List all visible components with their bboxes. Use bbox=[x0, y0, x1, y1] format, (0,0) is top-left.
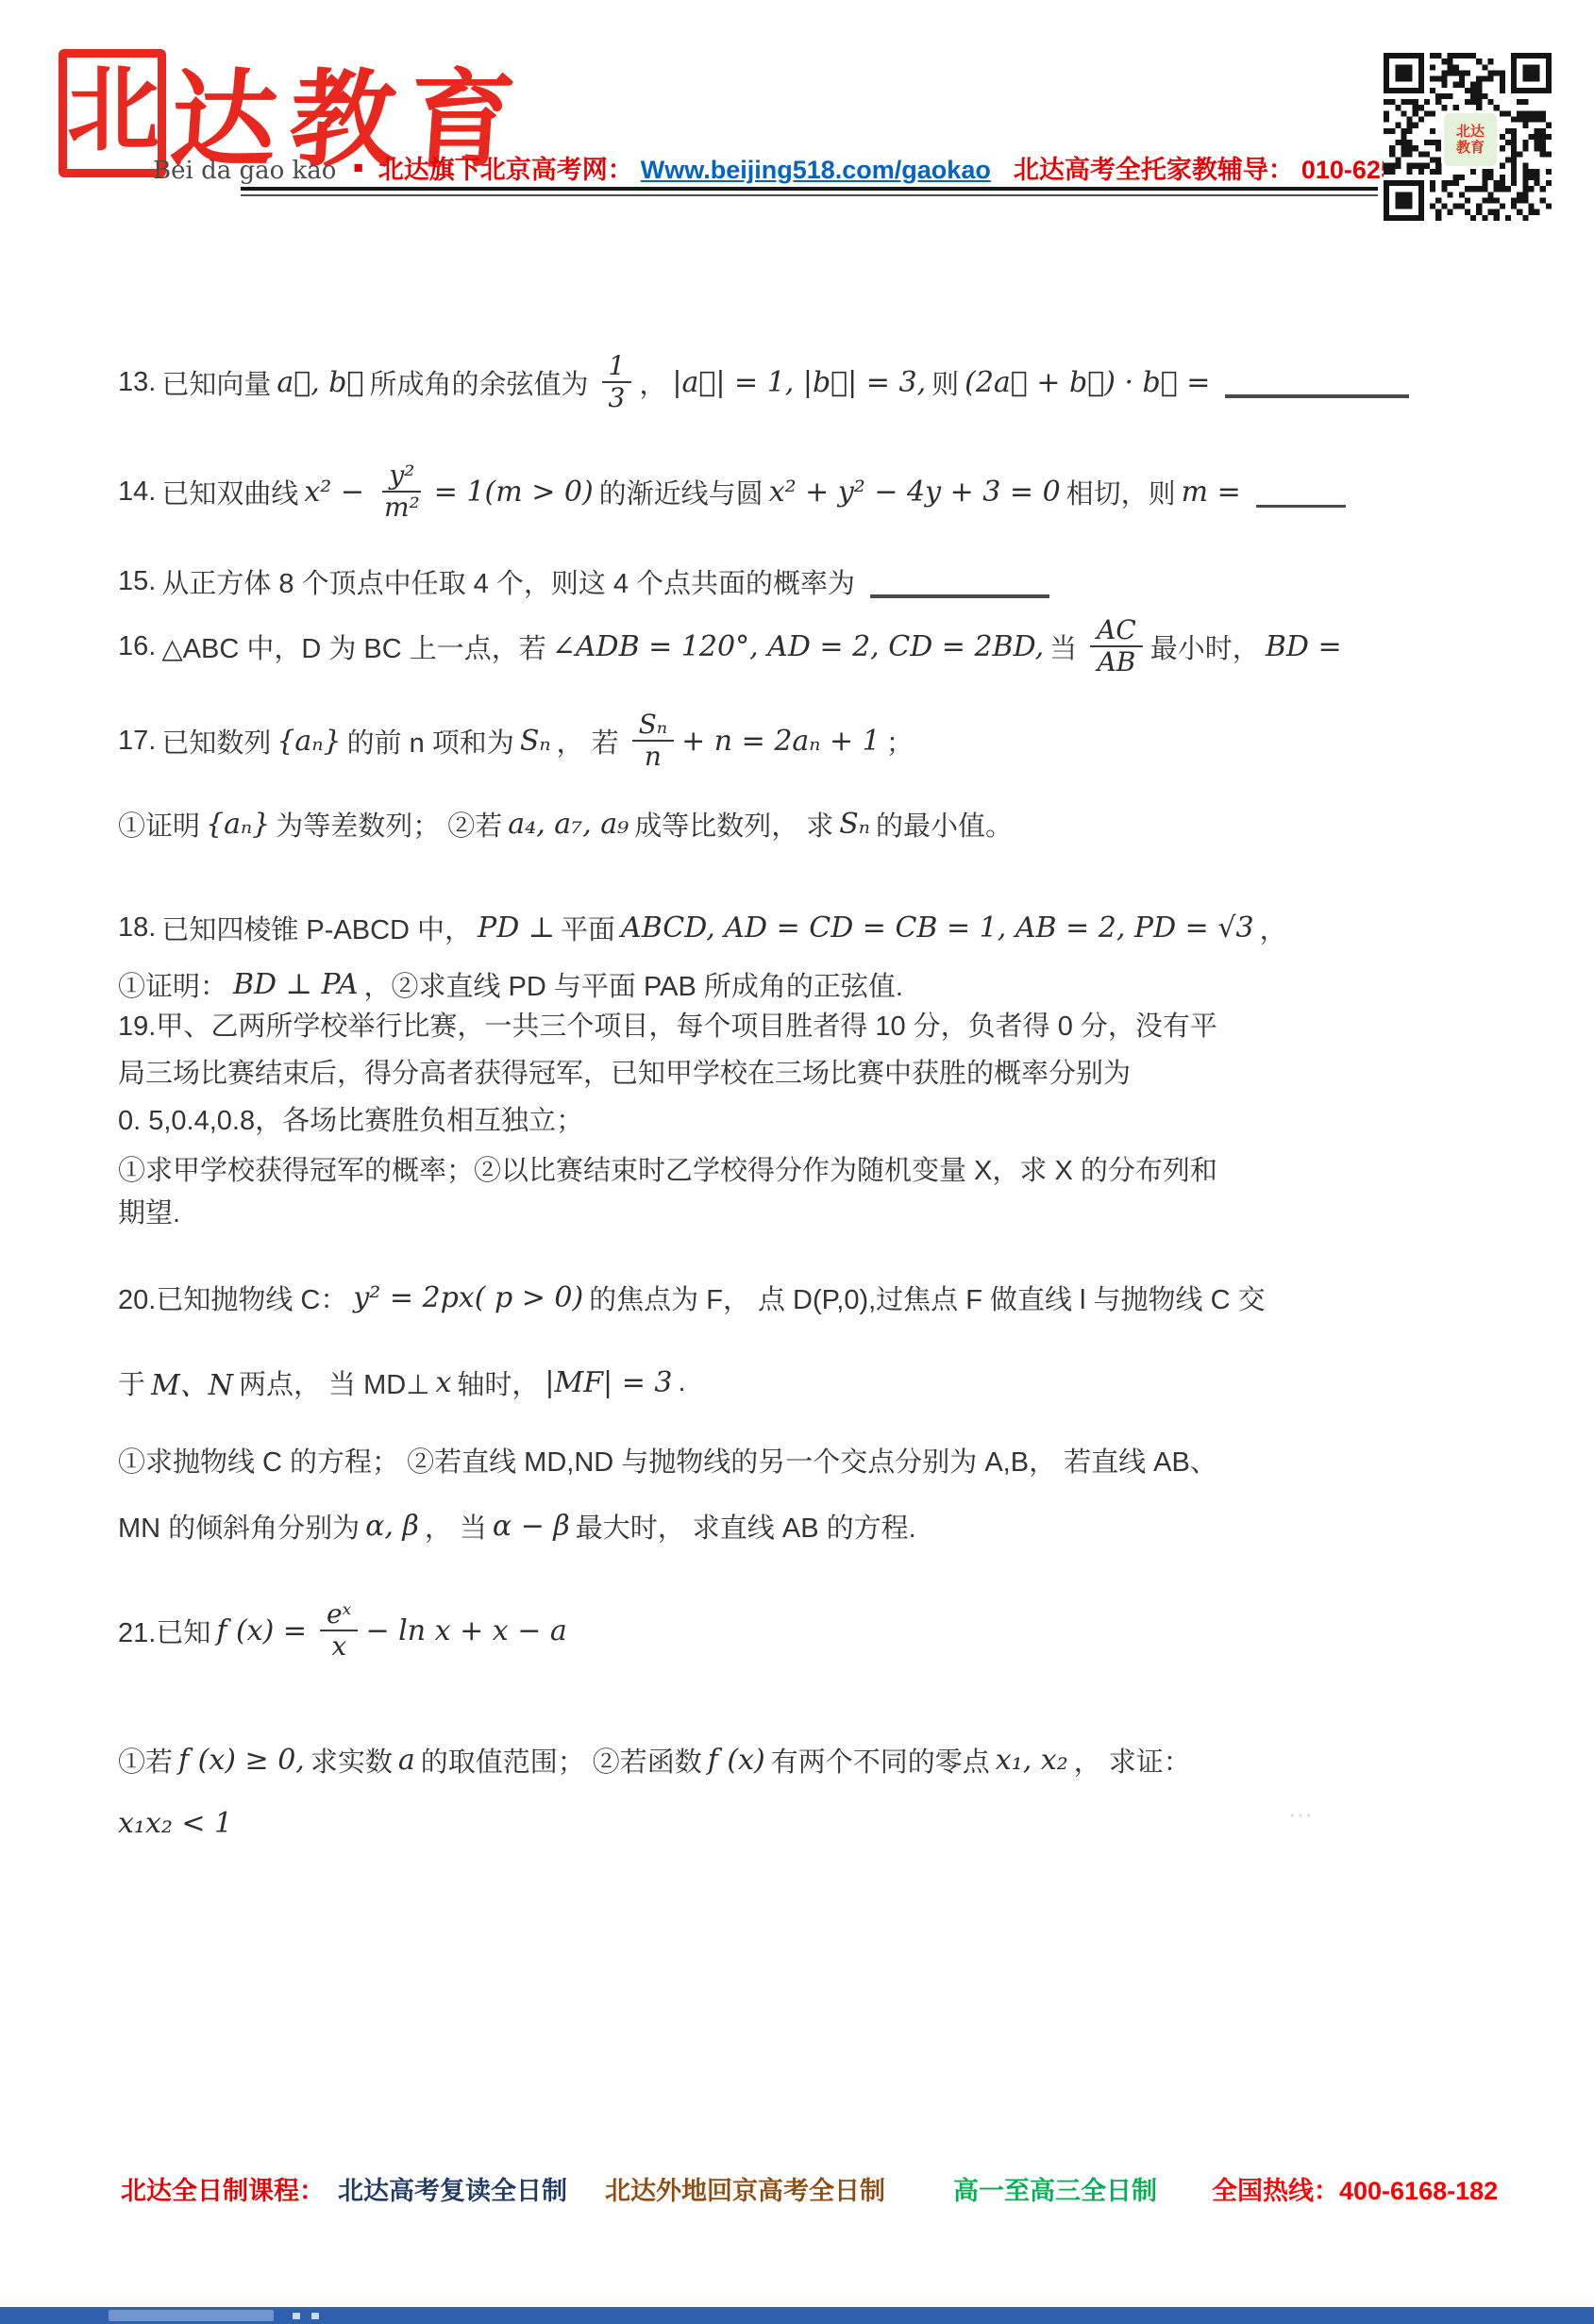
problem-number: 16. bbox=[118, 631, 156, 662]
fraction: 13 bbox=[602, 351, 632, 413]
problem-number: 13. bbox=[118, 367, 156, 398]
qr-center-logo: 北达 教育 bbox=[1441, 110, 1500, 169]
problem-14: 14. 已知双曲线 x² − y²m² = 1(m > 0) 的渐近线与圆 x²… bbox=[118, 460, 1351, 523]
problem-19-line3: 0. 5,0.4,0.8，各场比赛胜负相互独立； bbox=[118, 1099, 589, 1138]
brand-seal-logo: 北 bbox=[59, 49, 166, 177]
header-tagline: Bei da gao kao ■ 北达旗下北京高考网： Www.beijing5… bbox=[153, 149, 1466, 186]
red-square-bullet-icon: ■ bbox=[353, 159, 362, 177]
problem-19-line4: ①求甲学校获得冠军的概率；②以比赛结束时乙学校得分作为随机变量 X，求 X 的分… bbox=[118, 1149, 1223, 1188]
footer-course-3: 高一至高三全日制 bbox=[953, 2177, 1157, 2205]
problem-19-line5: 期望. bbox=[118, 1192, 186, 1230]
qr-code: 北达 教育 bbox=[1384, 53, 1552, 221]
footer-label: 北达全日制课程： bbox=[121, 2177, 325, 2205]
fraction: Sₙn bbox=[632, 710, 675, 772]
footer-courses: 北达全日制课程：北达高考复读全日制北达外地回京高考全日制高一至高三全日制全国热线… bbox=[121, 2170, 1498, 2207]
problem-18: 18. 已知四棱锥 P-ABCD 中， PD ⊥ 平面 ABCD, AD = C… bbox=[118, 909, 1293, 947]
problem-17-subquestions: ①证明 {aₙ} 为等差数列； ②若 a₄, a₇, a₉ 成等比数列， 求 S… bbox=[118, 805, 1018, 844]
problem-21-line3: x₁x₂ < 1 bbox=[118, 1807, 238, 1840]
problem-19-line2: 局三场比赛结束后，得分高者获得冠军，已知甲学校在三场比赛中获胜的概率分别为 bbox=[118, 1052, 1136, 1091]
scan-artifact: ⋯ bbox=[1288, 1800, 1317, 1830]
problem-21-line2: ①若 f (x) ≥ 0, 求实数 a 的取值范围； ②若函数 f (x) 有两… bbox=[118, 1741, 1197, 1780]
problem-number: 15. bbox=[118, 566, 156, 597]
problem-20-line3: ①求抛物线 C 的方程； ②若直线 MD,ND 与抛物线的另一个交点分别为 A,… bbox=[118, 1441, 1223, 1480]
problem-15: 15. 从正方体 8 个顶点中任取 4 个，则这 4 个点共面的概率为 bbox=[118, 562, 1055, 601]
problem-number: 14. bbox=[118, 477, 156, 508]
problem-19-line1: 19.甲、乙两所学校举行比赛，一共三个项目，每个项目胜者得 10 分，负者得 0… bbox=[118, 1005, 1223, 1044]
problem-20-line2: 于 M、N 两点， 当 MD⊥ x 轴时， |MF| = 3 . bbox=[118, 1362, 692, 1403]
fraction: ACAB bbox=[1090, 615, 1143, 677]
answer-blank bbox=[1225, 366, 1409, 398]
problem-13: 13. 已知向量 a⃗, b⃗ 所成角的余弦值为 13 ， |a⃗| = 1, … bbox=[118, 351, 1415, 413]
site-label: 北达旗下北京高考网： bbox=[378, 149, 633, 186]
problem-number: 18. bbox=[118, 912, 156, 944]
qr-center-text-bottom: 教育 bbox=[1456, 140, 1485, 156]
gaokao-site-link[interactable]: Www.beijing518.com/gaokao bbox=[641, 156, 991, 185]
answer-blank bbox=[870, 566, 1049, 598]
bottom-bar-watermark bbox=[109, 2310, 274, 2321]
brand-pinyin: Bei da gao kao bbox=[153, 157, 336, 185]
footer-course-2: 北达外地回京高考全日制 bbox=[605, 2177, 885, 2205]
answer-blank bbox=[1256, 477, 1346, 508]
footer-hotline-number: 400-6168-182 bbox=[1339, 2177, 1498, 2205]
tutor-label: 北达高考全托家教辅导： bbox=[1014, 149, 1294, 186]
bottom-scan-bar bbox=[0, 2307, 1594, 2324]
footer-course-1: 北达高考复读全日制 bbox=[338, 2177, 567, 2205]
problem-21-line1: 21.已知 f (x) = eˣx − ln x + x − a bbox=[118, 1599, 573, 1662]
exam-page: 北 达教育 Bei da gao kao ■ 北达旗下北京高考网： Www.be… bbox=[0, 0, 1594, 2324]
problem-18-subquestions: ①证明： BD ⊥ PA ，②求直线 PD 与平面 PAB 所成角的正弦值. bbox=[118, 965, 909, 1004]
header-divider bbox=[241, 187, 1378, 196]
problem-20-line1: 20.已知抛物线 C： y² = 2px( p > 0) 的焦点为 F， 点 D… bbox=[118, 1279, 1271, 1317]
fraction: eˣx bbox=[320, 1599, 359, 1662]
problem-20-line4: MN 的倾斜角分别为 α, β ， 当 α − β 最大时， 求直线 AB 的方… bbox=[118, 1507, 922, 1546]
problem-17: 17. 已知数列 {aₙ} 的前 n 项和为 Sₙ ， 若 Sₙn + n = … bbox=[118, 710, 919, 772]
qr-center-text-top: 北达 bbox=[1456, 124, 1485, 140]
bottom-bar-mark bbox=[311, 2313, 319, 2319]
bottom-bar-mark bbox=[293, 2313, 300, 2319]
problem-16: 16. △ABC 中，D 为 BC 上一点，若 ∠ADB = 120°, AD … bbox=[118, 615, 1348, 677]
fraction: y²m² bbox=[378, 460, 427, 523]
problem-number: 17. bbox=[118, 726, 156, 757]
footer-hotline-label: 全国热线： bbox=[1212, 2177, 1339, 2205]
